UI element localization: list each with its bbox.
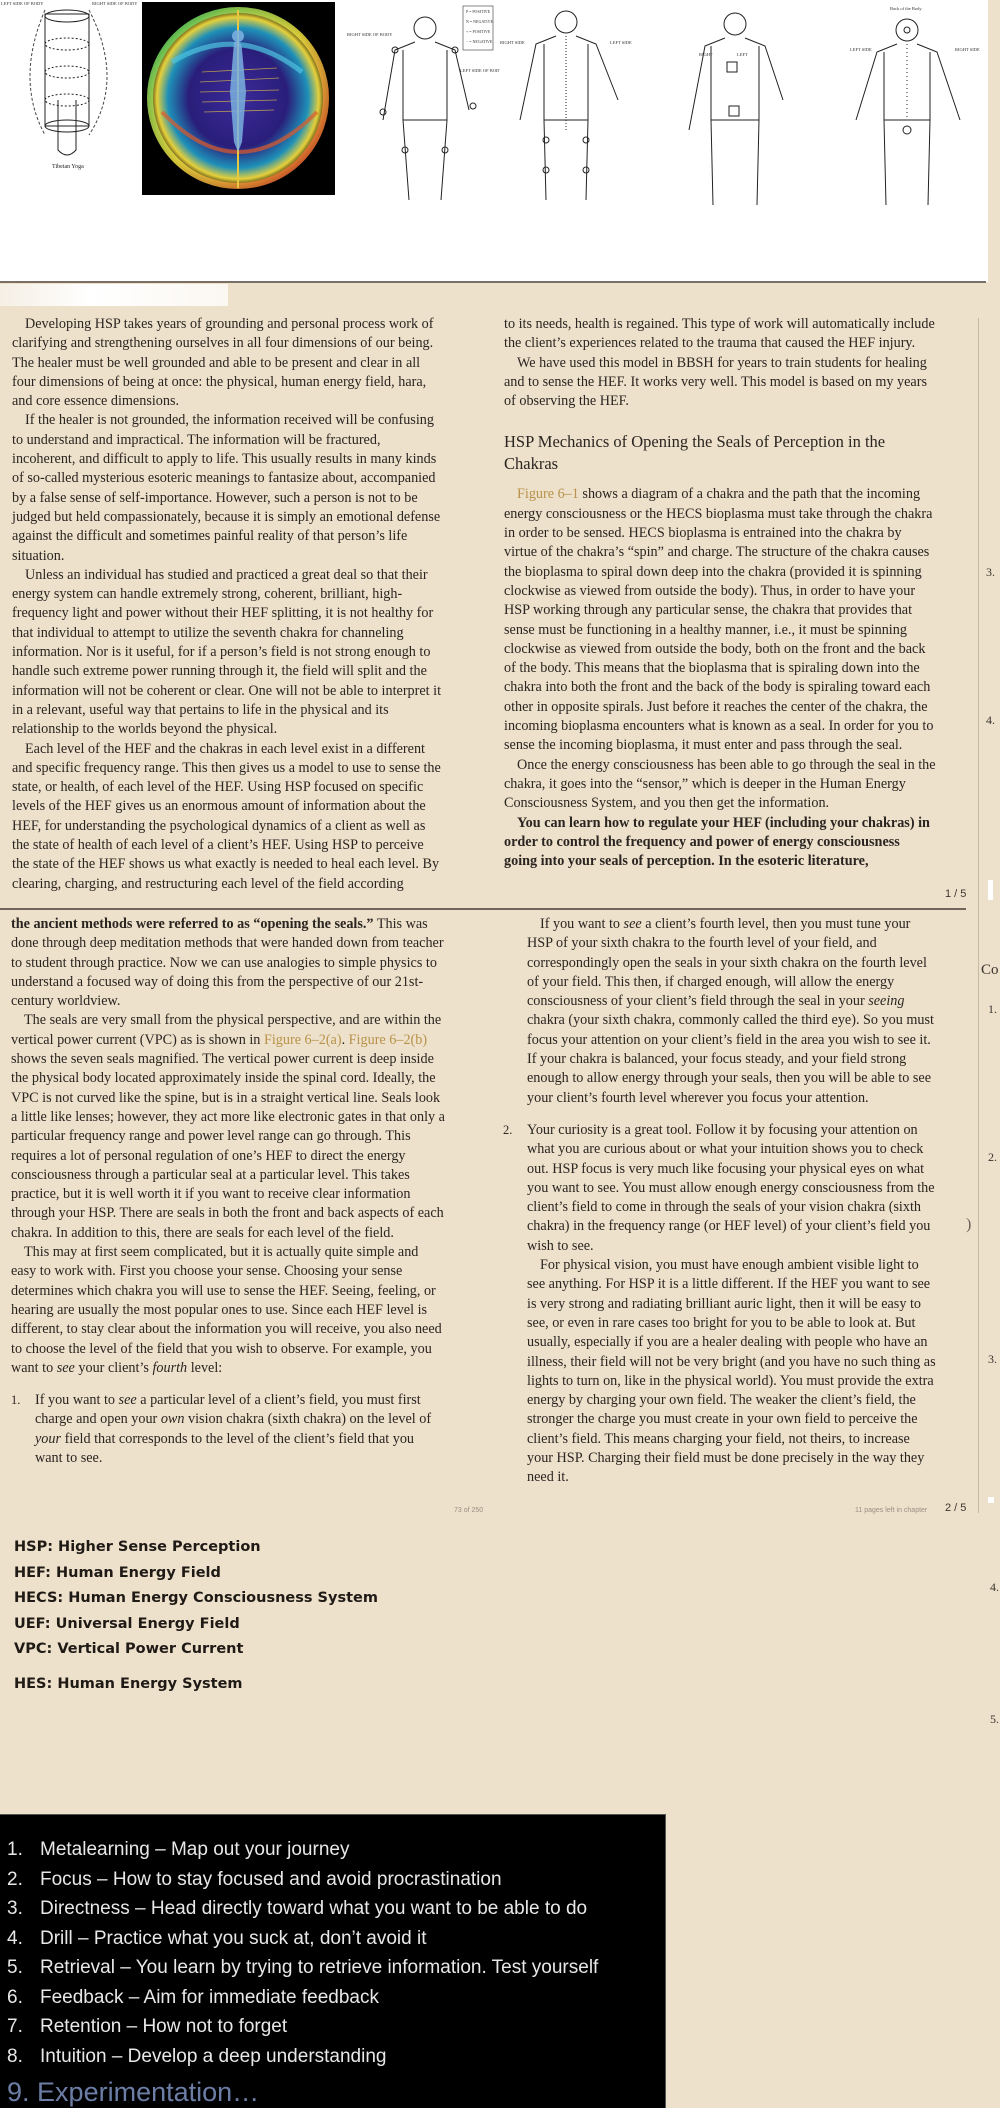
page-counter: 2 / 5 [945,1502,966,1514]
item-number: 4. [7,1924,40,1954]
paragraph: Developing HSP takes years of grounding … [12,315,444,411]
adjacent-page-marker: 3. [986,565,995,580]
adjacent-page-marker: 4. [986,713,995,728]
page2-left-column: the ancient methods were referred to as … [11,915,445,1468]
paragraph: This may at first seem complicated, but … [11,1243,445,1378]
paragraph-text: If you want to [540,916,624,932]
paragraph-text: This may at first seem complicated, but … [11,1244,442,1376]
emphasis: see [57,1360,75,1376]
item-text: Directness – Head directly toward what y… [40,1898,587,1919]
item-text: Retrieval – You learn by trying to retri… [40,1957,598,1978]
paragraph-text: shows a diagram of a chakra and the path… [504,486,933,753]
list-text: Your curiosity is a great tool. Follow i… [527,1122,935,1254]
glossary-item: HES: Human Energy System [14,1672,378,1698]
paragraph: For physical vision, you must have enoug… [527,1256,937,1488]
abbreviation-glossary: HSP: Higher Sense Perception HEF: Human … [14,1535,378,1697]
paragraph-text: your client’s [75,1360,153,1376]
principle-item: 6.Feedback – Aim for immediate feedback [7,1983,598,2013]
paragraph-text: . [342,1032,349,1048]
paragraph-bold: You can learn how to regulate your HEF (… [504,814,936,872]
item-number: 2. [7,1865,40,1895]
adjacent-page-marker: 5. [990,1712,999,1727]
principle-item-highlighted: 9. Experimentation… [7,2073,598,2108]
list-item: 1.If you want to see a particular level … [11,1391,445,1468]
paragraph: Figure 6–1 shows a diagram of a chakra a… [504,485,936,755]
item-text: Intuition – Develop a deep understanding [40,2046,386,2067]
principle-item: 3.Directness – Head directly toward what… [7,1894,598,1924]
scrollbar-thumb[interactable] [988,880,993,900]
item-text: Focus – How to stay focused and avoid pr… [40,1869,502,1890]
emphasis: fourth [152,1360,187,1376]
glossary-item: HSP: Higher Sense Perception [14,1535,378,1561]
item-number: 5. [7,1953,40,1983]
item-text: Drill – Practice what you suck at, don’t… [40,1928,427,1949]
principle-item: 8.Intuition – Develop a deep understandi… [7,2042,598,2072]
principle-item: 7.Retention – How not to forget [7,2012,598,2042]
adjacent-page-marker: 1. [988,1002,997,1017]
item-number: 8. [7,2042,40,2072]
adjacent-page-marker: 3. [988,1352,997,1367]
paragraph: Unless an individual has studied and pra… [12,566,444,740]
list-number: 1. [11,1391,20,1410]
ultralearning-slide: 1.Metalearning – Map out your journey 2.… [0,1814,666,2108]
list-text: field that corresponds to the level of t… [35,1431,414,1466]
page1-left-column: Developing HSP takes years of grounding … [12,315,444,894]
list-item: 2.Your curiosity is a great tool. Follow… [503,1121,937,1488]
principle-item: 1.Metalearning – Map out your journey [7,1835,598,1865]
page-location: 73 of 250 [454,1507,483,1514]
figure-6-2b-link[interactable]: Figure 6–2(b) [349,1032,427,1048]
paragraph: We have used this model in BBSH for year… [504,354,936,412]
item-text: Feedback – Aim for immediate feedback [40,1987,379,2008]
next-page-chevron[interactable]: ) [966,1216,971,1234]
column-divider [978,910,979,1513]
paragraph-text: level: [187,1360,222,1376]
item-number: 7. [7,2012,40,2042]
emphasis: own [161,1411,185,1427]
adjacent-page-marker: 2. [988,1150,997,1165]
list-number: 2. [503,1121,512,1140]
emphasis: seeing [868,993,904,1009]
paragraph: If the healer is not grounded, the infor… [12,411,444,565]
paragraph-text: chakra (your sixth chakra, commonly call… [527,1012,934,1105]
emphasis: see [624,916,642,932]
item-number: 6. [7,1983,40,2013]
figure-6-1-link[interactable]: Figure 6–1 [517,486,579,502]
page2-right-column: If you want to see a client’s fourth lev… [503,915,937,1488]
emphasis: see [119,1392,137,1408]
column-divider [978,318,979,918]
paragraph-text: shows the seven seals magnified. The ver… [11,1051,445,1241]
emphasis: your [35,1431,61,1447]
page1-right-column: to its needs, health is regained. This t… [504,315,936,871]
principles-list: 1.Metalearning – Map out your journey 2.… [7,1835,598,2108]
list-continuation: If you want to see a client’s fourth lev… [503,915,937,1108]
paragraph: Each level of the HEF and the chakras in… [12,740,444,894]
item-number: 3. [7,1894,40,1924]
glossary-item: HECS: Human Energy Consciousness System [14,1586,378,1612]
principle-item: 2.Focus – How to stay focused and avoid … [7,1865,598,1895]
figure-6-2a-link[interactable]: Figure 6–2(a) [264,1032,342,1048]
list-text: vision chakra (sixth chakra) on the leve… [184,1411,431,1427]
page-counter: 1 / 5 [945,888,966,900]
numbered-list: 2.Your curiosity is a great tool. Follow… [503,1121,937,1488]
adjacent-page-marker: 4. [990,1580,999,1595]
adjacent-page-marker: Co [981,962,999,979]
principle-item: 4.Drill – Practice what you suck at, don… [7,1924,598,1954]
book-page-2: the ancient methods were referred to as … [0,910,988,1530]
paragraph: Once the energy consciousness has been a… [504,756,936,814]
item-text: Retention – How not to forget [40,2016,287,2037]
pages-left-in-chapter: 11 pages left in chapter [855,1507,927,1514]
section-heading: HSP Mechanics of Opening the Seals of Pe… [504,431,936,475]
paragraph: the ancient methods were referred to as … [11,915,445,1011]
scrollbar-thumb[interactable] [988,1497,994,1503]
book-page-1: Developing HSP takes years of grounding … [0,0,988,910]
numbered-list: 1.If you want to see a particular level … [11,1391,445,1468]
glossary-item: UEF: Universal Energy Field [14,1612,378,1638]
item-text: Metalearning – Map out your journey [40,1839,349,1860]
bold-text: the ancient methods were referred to as … [11,916,374,932]
glossary-item: HEF: Human Energy Field [14,1561,378,1587]
paragraph: If you want to see a client’s fourth lev… [527,915,937,1108]
item-number: 1. [7,1835,40,1865]
principle-item: 5.Retrieval – You learn by trying to ret… [7,1953,598,1983]
item-number: 9. [7,2073,30,2108]
item-text: Experimentation… [37,2077,259,2107]
glossary-item: VPC: Vertical Power Current [14,1637,378,1663]
list-text: If you want to [35,1392,119,1408]
strip-edge [988,0,1000,282]
paragraph: The seals are very small from the physic… [11,1011,445,1243]
paragraph: to its needs, health is regained. This t… [504,315,936,354]
